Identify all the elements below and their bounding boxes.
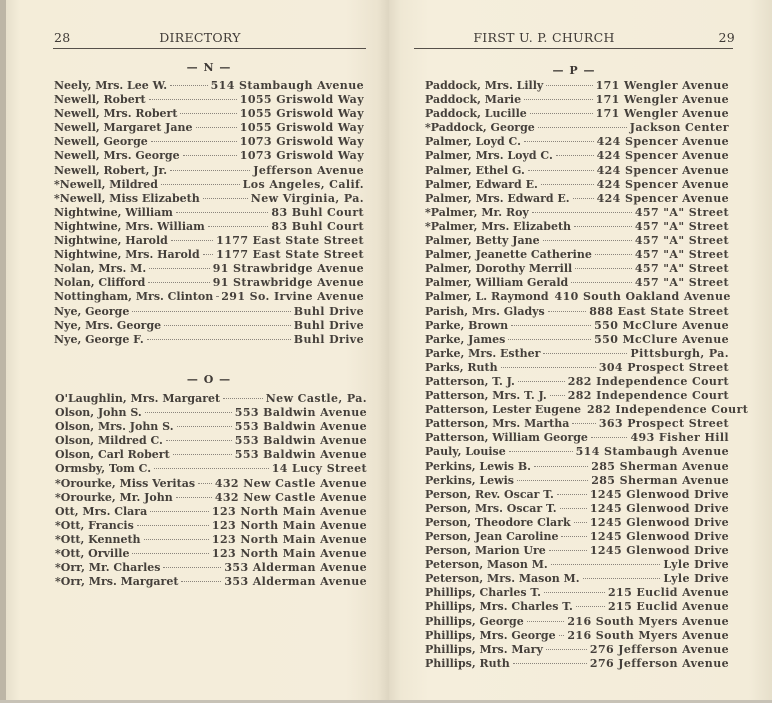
member-address: 553 Baldwin Avenue bbox=[235, 406, 367, 420]
directory-entry: Palmer, Mrs. Loyd C.424 Spencer Avenue bbox=[425, 149, 729, 163]
member-address: 171 Wengler Avenue bbox=[596, 107, 729, 121]
member-name: Parke, James bbox=[425, 333, 505, 347]
dot-leader bbox=[546, 85, 592, 86]
member-address: New Castle, Pa. bbox=[266, 392, 367, 406]
member-name: Neely, Mrs. Lee W. bbox=[54, 79, 167, 93]
dot-leader bbox=[149, 268, 210, 269]
directory-entry: Nolan, Mrs. M.91 Strawbridge Avenue bbox=[54, 262, 364, 276]
member-name: *Palmer, Mr. Roy bbox=[425, 206, 529, 220]
dot-leader bbox=[203, 198, 248, 199]
dot-leader bbox=[550, 395, 565, 396]
directory-entry: Parke, James550 McClure Avenue bbox=[425, 333, 729, 347]
dot-leader bbox=[573, 198, 594, 199]
member-name: Palmer, Mrs. Loyd C. bbox=[425, 149, 553, 163]
member-address: 1177 East State Street bbox=[216, 248, 364, 262]
member-name: Nottingham, Mrs. Clinton bbox=[54, 290, 213, 304]
member-name: Nye, Mrs. George bbox=[54, 319, 161, 333]
member-address: 123 North Main Avenue bbox=[212, 533, 367, 547]
member-address: 424 Spencer Avenue bbox=[597, 178, 729, 192]
directory-entry: Nye, Mrs. GeorgeBuhl Drive bbox=[54, 319, 364, 333]
section-heading-n: — N — bbox=[54, 61, 364, 74]
dot-leader bbox=[524, 99, 593, 100]
directory-entry: Paddock, Lucille171 Wengler Avenue bbox=[425, 107, 729, 121]
member-address: 550 McClure Avenue bbox=[594, 333, 729, 347]
dot-leader bbox=[163, 567, 221, 568]
directory-entry: Olson, Mrs. John S.553 Baldwin Avenue bbox=[55, 420, 367, 434]
dot-leader bbox=[132, 311, 290, 312]
dot-leader bbox=[161, 184, 240, 185]
member-name: *Ott, Kenneth bbox=[55, 533, 141, 547]
dot-leader bbox=[532, 212, 632, 213]
dot-leader bbox=[548, 311, 586, 312]
directory-entry: Peterson, Mrs. Mason M.Lyle Drive bbox=[425, 572, 729, 586]
dot-leader bbox=[572, 423, 595, 424]
dot-leader bbox=[541, 184, 594, 185]
member-name: Phillips, Mrs. Charles T. bbox=[425, 600, 573, 614]
directory-entry: *Orr, Mr. Charles353 Alderman Avenue bbox=[55, 561, 367, 575]
member-address: Lyle Drive bbox=[663, 572, 729, 586]
member-address: 1245 Glenwood Drive bbox=[590, 544, 729, 558]
dot-leader bbox=[180, 113, 236, 114]
member-address: 215 Euclid Avenue bbox=[608, 600, 729, 614]
directory-entry: Newell, Margaret Jane1055 Griswold Way bbox=[54, 121, 364, 135]
member-address: 424 Spencer Avenue bbox=[597, 149, 729, 163]
directory-entry: Palmer, Mrs. Edward E.424 Spencer Avenue bbox=[425, 192, 729, 206]
dot-leader bbox=[150, 511, 209, 512]
member-address: 457 "A" Street bbox=[635, 234, 729, 248]
page-number: 28 bbox=[54, 30, 71, 45]
dot-leader bbox=[171, 240, 213, 241]
directory-entry: *Paddock, GeorgeJackson Center bbox=[425, 121, 729, 135]
member-address: 550 McClure Avenue bbox=[594, 319, 729, 333]
member-address: 457 "A" Street bbox=[635, 248, 729, 262]
member-address: Buhl Drive bbox=[294, 333, 364, 347]
dot-leader bbox=[511, 325, 591, 326]
directory-entry: Paddock, Marie171 Wengler Avenue bbox=[425, 93, 729, 107]
book-spread: 28 DIRECTORY — N — Neely, Mrs. Lee W.514… bbox=[0, 0, 772, 703]
member-address: 424 Spencer Avenue bbox=[597, 135, 729, 149]
member-address: New Virginia, Pa. bbox=[251, 192, 364, 206]
running-title: DIRECTORY bbox=[74, 30, 326, 45]
member-address: 282 Independence Court bbox=[568, 389, 729, 403]
directory-entry: Perkins, Lewis285 Sherman Avenue bbox=[425, 474, 729, 488]
member-address: 123 North Main Avenue bbox=[212, 547, 367, 561]
member-address: 457 "A" Street bbox=[635, 206, 729, 220]
dot-leader bbox=[560, 508, 587, 509]
member-address: 1245 Glenwood Drive bbox=[590, 488, 729, 502]
dot-leader bbox=[501, 367, 596, 368]
member-address: 216 South Myers Avenue bbox=[567, 629, 729, 643]
directory-entry: Parke, Brown550 McClure Avenue bbox=[425, 319, 729, 333]
dot-leader bbox=[164, 325, 291, 326]
member-name: Phillips, Charles T. bbox=[425, 586, 541, 600]
dot-leader bbox=[198, 483, 212, 484]
member-name: Person, Rev. Oscar T. bbox=[425, 488, 554, 502]
dot-leader bbox=[591, 437, 628, 438]
member-address: 215 Euclid Avenue bbox=[608, 586, 729, 600]
dot-leader bbox=[223, 398, 263, 399]
dot-leader bbox=[583, 578, 661, 579]
dot-leader bbox=[576, 606, 605, 607]
directory-entry: Phillips, Charles T.215 Euclid Avenue bbox=[425, 586, 729, 600]
member-name: Parish, Mrs. Gladys bbox=[425, 305, 545, 319]
directory-entry: Nolan, Clifford91 Strawbridge Avenue bbox=[54, 276, 364, 290]
directory-entry: Peterson, Mason M.Lyle Drive bbox=[425, 558, 729, 572]
directory-entry: Nightwine, William83 Buhl Court bbox=[54, 206, 364, 220]
member-name: Ormsby, Tom C. bbox=[55, 462, 151, 476]
directory-entry: Person, Marion Ure1245 Glenwood Drive bbox=[425, 544, 729, 558]
directory-entry: Patterson, Mrs. T. J.282 Independence Co… bbox=[425, 389, 729, 403]
directory-entry: O'Laughlin, Mrs. MargaretNew Castle, Pa. bbox=[55, 392, 367, 406]
dot-leader bbox=[559, 635, 565, 636]
dot-leader bbox=[208, 226, 269, 227]
directory-entry: *Orourke, Mr. John432 New Castle Avenue bbox=[55, 491, 367, 505]
page-number: 29 bbox=[718, 30, 735, 45]
dot-leader bbox=[508, 339, 591, 340]
dot-leader bbox=[561, 536, 586, 537]
directory-entry: Newell, Robert, Jr.Jefferson Avenue bbox=[54, 164, 364, 178]
directory-entry: Phillips, Mrs. George216 South Myers Ave… bbox=[425, 629, 729, 643]
dot-leader bbox=[170, 170, 250, 171]
member-name: Patterson, Mrs. Martha bbox=[425, 417, 569, 431]
dot-leader bbox=[538, 127, 627, 128]
member-name: Paddock, Marie bbox=[425, 93, 521, 107]
member-name: Phillips, George bbox=[425, 615, 524, 629]
member-name: Palmer, William Gerald bbox=[425, 276, 568, 290]
member-address: 1245 Glenwood Drive bbox=[590, 502, 729, 516]
directory-entry: Newell, Mrs. Robert1055 Griswold Way bbox=[54, 107, 364, 121]
member-address: 291 So. Irvine Avenue bbox=[221, 290, 364, 304]
member-name: O'Laughlin, Mrs. Margaret bbox=[55, 392, 220, 406]
right-page: FIRST U. P. CHURCH 29 — P — Paddock, Mrs… bbox=[389, 0, 772, 703]
member-name: Olson, Mrs. John S. bbox=[55, 420, 174, 434]
member-name: Parke, Mrs. Esther bbox=[425, 347, 540, 361]
directory-entry: Palmer, Loyd C.424 Spencer Avenue bbox=[425, 135, 729, 149]
member-name: Phillips, Mrs. Mary bbox=[425, 643, 543, 657]
member-name: *Orourke, Mr. John bbox=[55, 491, 173, 505]
dot-leader bbox=[543, 240, 632, 241]
member-name: Newell, Mrs. Robert bbox=[54, 107, 177, 121]
dot-leader bbox=[145, 412, 232, 413]
member-address: 14 Lucy Street bbox=[272, 462, 367, 476]
member-address: 353 Alderman Avenue bbox=[224, 561, 367, 575]
directory-entry: Ott, Mrs. Clara123 North Main Avenue bbox=[55, 505, 367, 519]
member-name: Patterson, William George bbox=[425, 431, 588, 445]
dot-leader bbox=[203, 254, 214, 255]
header-rule bbox=[53, 48, 366, 49]
member-name: Peterson, Mason M. bbox=[425, 558, 548, 572]
member-address: 1177 East State Street bbox=[216, 234, 364, 248]
member-address: 432 New Castle Avenue bbox=[215, 477, 367, 491]
member-address: Buhl Drive bbox=[294, 319, 364, 333]
member-name: Palmer, Jeanette Catherine bbox=[425, 248, 592, 262]
member-address: 1055 Griswold Way bbox=[240, 121, 364, 135]
directory-entry: Nightwine, Mrs. Harold1177 East State St… bbox=[54, 248, 364, 262]
member-address: Buhl Drive bbox=[294, 305, 364, 319]
member-name: Phillips, Ruth bbox=[425, 657, 510, 671]
directory-entry: Nightwine, Mrs. William83 Buhl Court bbox=[54, 220, 364, 234]
member-name: Palmer, Loyd C. bbox=[425, 135, 521, 149]
member-name: *Newell, Miss Elizabeth bbox=[54, 192, 200, 206]
dot-leader bbox=[546, 649, 587, 650]
member-address: 457 "A" Street bbox=[635, 220, 729, 234]
dot-leader bbox=[527, 621, 565, 622]
directory-entry: Ormsby, Tom C.14 Lucy Street bbox=[55, 462, 367, 476]
member-name: Nolan, Mrs. M. bbox=[54, 262, 146, 276]
dot-leader bbox=[147, 339, 291, 340]
member-name: Newell, Margaret Jane bbox=[54, 121, 193, 135]
dot-leader bbox=[154, 468, 269, 469]
dot-leader bbox=[183, 155, 237, 156]
directory-entry: Perkins, Lewis B.285 Sherman Avenue bbox=[425, 460, 729, 474]
directory-entry: *Palmer, Mrs. Elizabeth457 "A" Street bbox=[425, 220, 729, 234]
member-address: Pittsburgh, Pa. bbox=[630, 347, 729, 361]
member-address: 91 Strawbridge Avenue bbox=[213, 262, 364, 276]
dot-leader bbox=[517, 480, 588, 481]
member-address: Los Angeles, Calif. bbox=[243, 178, 364, 192]
directory-entry: Patterson, T. J.282 Independence Court bbox=[425, 375, 729, 389]
dot-leader bbox=[151, 141, 237, 142]
directory-entry: Person, Jean Caroline1245 Glenwood Drive bbox=[425, 530, 729, 544]
directory-entry: Neely, Mrs. Lee W.514 Stambaugh Avenue bbox=[54, 79, 364, 93]
dot-leader bbox=[530, 113, 593, 114]
directory-entry: Phillips, George216 South Myers Avenue bbox=[425, 615, 729, 629]
directory-list-n: Neely, Mrs. Lee W.514 Stambaugh AvenueNe… bbox=[54, 79, 364, 347]
dot-leader bbox=[509, 451, 573, 452]
directory-list-o: O'Laughlin, Mrs. MargaretNew Castle, Pa.… bbox=[55, 392, 367, 589]
member-address: 363 Prospect Street bbox=[599, 417, 729, 431]
directory-entry: *Newell, Miss ElizabethNew Virginia, Pa. bbox=[54, 192, 364, 206]
dot-leader bbox=[144, 539, 209, 540]
dot-leader bbox=[518, 381, 565, 382]
member-name: Ott, Mrs. Clara bbox=[55, 505, 147, 519]
member-name: *Ott, Orville bbox=[55, 547, 129, 561]
directory-entry: Phillips, Mrs. Charles T.215 Euclid Aven… bbox=[425, 600, 729, 614]
member-address: 83 Buhl Court bbox=[271, 206, 364, 220]
member-name: Perkins, Lewis B. bbox=[425, 460, 531, 474]
member-name: *Ott, Francis bbox=[55, 519, 134, 533]
member-address: 1055 Griswold Way bbox=[240, 107, 364, 121]
directory-entry: Parke, Mrs. EstherPittsburgh, Pa. bbox=[425, 347, 729, 361]
member-address: 457 "A" Street bbox=[635, 262, 729, 276]
directory-entry: *Palmer, Mr. Roy457 "A" Street bbox=[425, 206, 729, 220]
section-heading-o: — O — bbox=[54, 373, 364, 386]
member-name: Palmer, L. Raymond bbox=[425, 290, 549, 304]
directory-entry: *Ott, Francis123 North Main Avenue bbox=[55, 519, 367, 533]
member-name: Paddock, Lucille bbox=[425, 107, 527, 121]
dot-leader bbox=[149, 99, 237, 100]
directory-entry: Person, Theodore Clark1245 Glenwood Driv… bbox=[425, 516, 729, 530]
member-address: Jackson Center bbox=[630, 121, 729, 135]
member-name: Parke, Brown bbox=[425, 319, 508, 333]
member-name: Parks, Ruth bbox=[425, 361, 498, 375]
directory-entry: Palmer, Betty Jane457 "A" Street bbox=[425, 234, 729, 248]
directory-entry: Newell, George1073 Griswold Way bbox=[54, 135, 364, 149]
directory-entry: Palmer, Edward E.424 Spencer Avenue bbox=[425, 178, 729, 192]
header-rule bbox=[414, 48, 733, 49]
member-address: 1245 Glenwood Drive bbox=[590, 530, 729, 544]
member-name: *Paddock, George bbox=[425, 121, 535, 135]
dot-leader bbox=[148, 282, 209, 283]
member-address: 123 North Main Avenue bbox=[212, 519, 367, 533]
directory-entry: Pauly, Louise514 Stambaugh Avenue bbox=[425, 445, 729, 459]
member-address: 493 Fisher Hill bbox=[630, 431, 729, 445]
directory-entry: *Ott, Kenneth123 North Main Avenue bbox=[55, 533, 367, 547]
member-name: Nightwine, Harold bbox=[54, 234, 168, 248]
member-name: Newell, George bbox=[54, 135, 148, 149]
member-address: 304 Prospect Street bbox=[599, 361, 729, 375]
dot-leader bbox=[216, 296, 218, 297]
dot-leader bbox=[574, 226, 632, 227]
member-name: Patterson, Mrs. T. J. bbox=[425, 389, 547, 403]
dot-leader bbox=[534, 466, 588, 467]
member-name: Person, Jean Caroline bbox=[425, 530, 558, 544]
member-name: Nightwine, William bbox=[54, 206, 173, 220]
member-name: Patterson, T. J. bbox=[425, 375, 515, 389]
dot-leader bbox=[181, 581, 221, 582]
member-name: Peterson, Mrs. Mason M. bbox=[425, 572, 580, 586]
member-address: 553 Baldwin Avenue bbox=[235, 448, 367, 462]
running-title: FIRST U. P. CHURCH bbox=[415, 30, 673, 45]
member-address: 353 Alderman Avenue bbox=[224, 575, 367, 589]
directory-entry: Palmer, Dorothy Merrill457 "A" Street bbox=[425, 262, 729, 276]
member-address: 457 "A" Street bbox=[635, 276, 729, 290]
member-name: *Orr, Mrs. Margaret bbox=[55, 575, 178, 589]
directory-entry: Olson, Carl Robert553 Baldwin Avenue bbox=[55, 448, 367, 462]
right-page-header: FIRST U. P. CHURCH 29 bbox=[415, 30, 733, 46]
directory-list-p: Paddock, Mrs. Lilly171 Wengler AvenuePad… bbox=[425, 79, 729, 671]
member-address: Lyle Drive bbox=[663, 558, 729, 572]
directory-entry: *Orr, Mrs. Margaret353 Alderman Avenue bbox=[55, 575, 367, 589]
member-address: 514 Stambaugh Avenue bbox=[211, 79, 364, 93]
member-address: 171 Wengler Avenue bbox=[596, 79, 729, 93]
directory-entry: Person, Mrs. Oscar T.1245 Glenwood Drive bbox=[425, 502, 729, 516]
directory-entry: Phillips, Mrs. Mary276 Jefferson Avenue bbox=[425, 643, 729, 657]
member-address: 171 Wengler Avenue bbox=[596, 93, 729, 107]
directory-entry: *Newell, MildredLos Angeles, Calif. bbox=[54, 178, 364, 192]
dot-leader bbox=[176, 497, 212, 498]
member-name: Perkins, Lewis bbox=[425, 474, 514, 488]
directory-entry: Palmer, L. Raymond410 South Oakland Aven… bbox=[425, 290, 729, 304]
member-name: Palmer, Mrs. Edward E. bbox=[425, 192, 570, 206]
dot-leader bbox=[556, 155, 594, 156]
member-address: 276 Jefferson Avenue bbox=[590, 643, 729, 657]
directory-entry: Patterson, Mrs. Martha363 Prospect Stree… bbox=[425, 417, 729, 431]
directory-entry: Parish, Mrs. Gladys888 East State Street bbox=[425, 305, 729, 319]
dot-leader bbox=[524, 141, 594, 142]
member-name: Paddock, Mrs. Lilly bbox=[425, 79, 543, 93]
dot-leader bbox=[543, 353, 627, 354]
member-name: *Orr, Mr. Charles bbox=[55, 561, 160, 575]
directory-entry: Olson, John S.553 Baldwin Avenue bbox=[55, 406, 367, 420]
member-name: Nightwine, Mrs. Harold bbox=[54, 248, 200, 262]
directory-entry: Newell, Robert1055 Griswold Way bbox=[54, 93, 364, 107]
dot-leader bbox=[166, 440, 232, 441]
directory-entry: Nightwine, Harold1177 East State Street bbox=[54, 234, 364, 248]
directory-entry: Nye, George F.Buhl Drive bbox=[54, 333, 364, 347]
member-address: 276 Jefferson Avenue bbox=[590, 657, 729, 671]
dot-leader bbox=[132, 553, 208, 554]
dot-leader bbox=[557, 494, 587, 495]
member-address: 83 Buhl Court bbox=[271, 220, 364, 234]
directory-entry: Newell, Mrs. George1073 Griswold Way bbox=[54, 149, 364, 163]
dot-leader bbox=[549, 550, 587, 551]
directory-entry: Person, Rev. Oscar T.1245 Glenwood Drive bbox=[425, 488, 729, 502]
member-name: *Palmer, Mrs. Elizabeth bbox=[425, 220, 571, 234]
dot-leader bbox=[544, 592, 605, 593]
dot-leader bbox=[528, 170, 594, 171]
member-name: Nye, George F. bbox=[54, 333, 144, 347]
member-name: Nightwine, Mrs. William bbox=[54, 220, 205, 234]
member-name: Patterson, Lester Eugene bbox=[425, 403, 581, 417]
directory-entry: Parks, Ruth304 Prospect Street bbox=[425, 361, 729, 375]
member-address: 282 Independence Court bbox=[568, 375, 729, 389]
member-name: Nolan, Clifford bbox=[54, 276, 145, 290]
directory-entry: Palmer, William Gerald457 "A" Street bbox=[425, 276, 729, 290]
left-page-header: 28 DIRECTORY bbox=[54, 30, 366, 46]
directory-entry: *Ott, Orville123 North Main Avenue bbox=[55, 547, 367, 561]
member-address: 888 East State Street bbox=[589, 305, 729, 319]
directory-entry: Paddock, Mrs. Lilly171 Wengler Avenue bbox=[425, 79, 729, 93]
member-name: *Orourke, Miss Veritas bbox=[55, 477, 195, 491]
member-address: 1073 Griswold Way bbox=[240, 149, 364, 163]
member-name: Newell, Robert, Jr. bbox=[54, 164, 167, 178]
member-name: Palmer, Betty Jane bbox=[425, 234, 540, 248]
member-name: Palmer, Dorothy Merrill bbox=[425, 262, 572, 276]
member-name: Olson, Mildred C. bbox=[55, 434, 163, 448]
member-address: 410 South Oakland Avenue bbox=[555, 290, 731, 304]
directory-entry: Palmer, Jeanette Catherine457 "A" Street bbox=[425, 248, 729, 262]
left-page: 28 DIRECTORY — N — Neely, Mrs. Lee W.514… bbox=[6, 0, 389, 703]
member-name: *Newell, Mildred bbox=[54, 178, 158, 192]
dot-leader bbox=[571, 282, 632, 283]
directory-entry: Nottingham, Mrs. Clinton291 So. Irvine A… bbox=[54, 290, 364, 304]
member-address: 1245 Glenwood Drive bbox=[590, 516, 729, 530]
member-name: Newell, Mrs. George bbox=[54, 149, 180, 163]
dot-leader bbox=[595, 254, 632, 255]
member-name: Newell, Robert bbox=[54, 93, 146, 107]
directory-entry: Phillips, Ruth276 Jefferson Avenue bbox=[425, 657, 729, 671]
dot-leader bbox=[170, 85, 208, 86]
member-address: 553 Baldwin Avenue bbox=[235, 420, 367, 434]
dot-leader bbox=[173, 454, 232, 455]
directory-entry: Palmer, Ethel G.424 Spencer Avenue bbox=[425, 164, 729, 178]
member-name: Phillips, Mrs. George bbox=[425, 629, 556, 643]
member-address: 282 Independence Court bbox=[587, 403, 748, 417]
member-name: Palmer, Edward E. bbox=[425, 178, 538, 192]
member-address: 1073 Griswold Way bbox=[240, 135, 364, 149]
dot-leader bbox=[513, 663, 587, 664]
member-address: 553 Baldwin Avenue bbox=[235, 434, 367, 448]
directory-entry: Patterson, William George493 Fisher Hill bbox=[425, 431, 729, 445]
member-name: Person, Marion Ure bbox=[425, 544, 546, 558]
dot-leader bbox=[196, 127, 237, 128]
member-name: Person, Theodore Clark bbox=[425, 516, 571, 530]
dot-leader bbox=[574, 522, 587, 523]
member-address: 123 North Main Avenue bbox=[212, 505, 367, 519]
member-address: Jefferson Avenue bbox=[253, 164, 364, 178]
member-name: Pauly, Louise bbox=[425, 445, 506, 459]
member-address: 424 Spencer Avenue bbox=[597, 192, 729, 206]
member-address: 432 New Castle Avenue bbox=[215, 491, 367, 505]
member-name: Olson, John S. bbox=[55, 406, 142, 420]
member-address: 424 Spencer Avenue bbox=[597, 164, 729, 178]
member-address: 1055 Griswold Way bbox=[240, 93, 364, 107]
directory-entry: Patterson, Lester Eugene282 Independence… bbox=[425, 403, 729, 417]
member-address: 285 Sherman Avenue bbox=[591, 474, 729, 488]
dot-leader bbox=[137, 525, 209, 526]
directory-entry: Olson, Mildred C.553 Baldwin Avenue bbox=[55, 434, 367, 448]
